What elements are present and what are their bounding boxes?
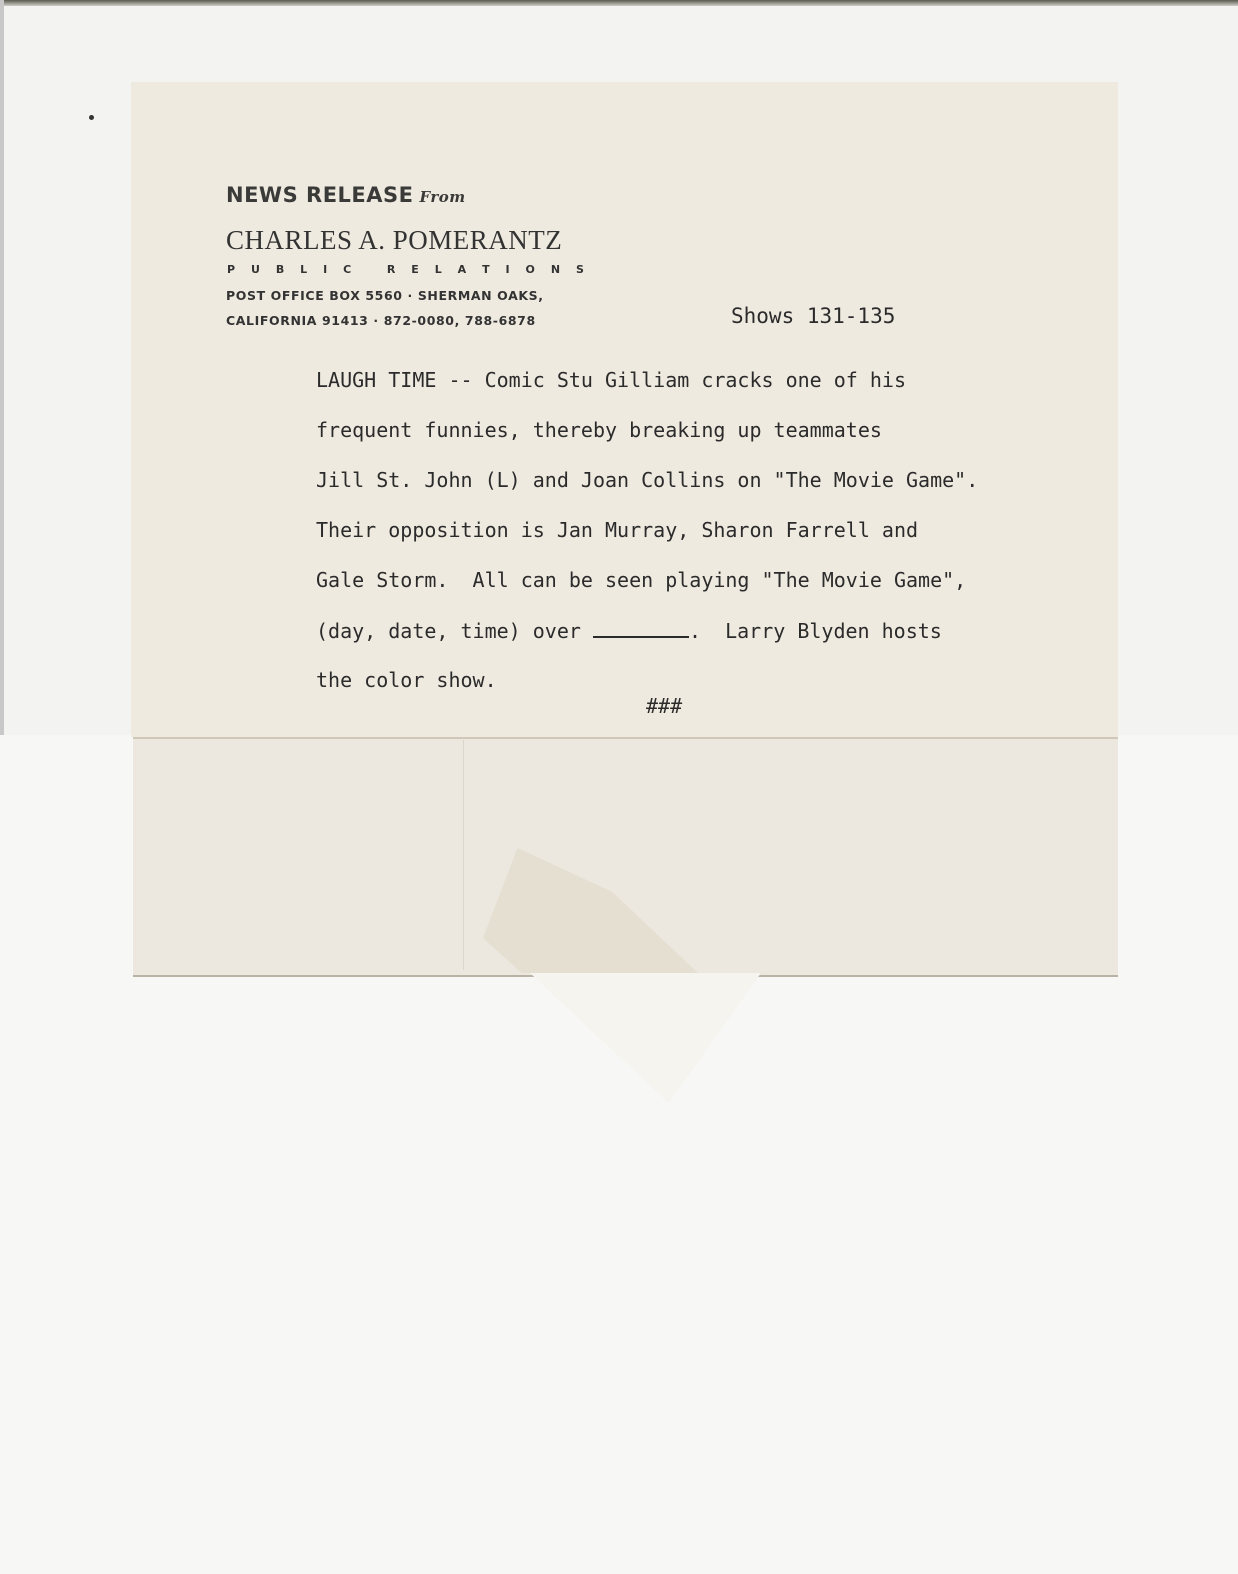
public-relations-label: PUBLIC RELATIONS	[227, 263, 584, 276]
body-line-3: Jill St. John (L) and Joan Collins on "T…	[316, 468, 978, 492]
public-relations-letter: E	[411, 263, 419, 276]
public-relations-letter: U	[251, 263, 260, 276]
agency-name: CHARLES A. POMERANTZ	[226, 225, 562, 256]
public-relations-letter: I	[323, 263, 327, 276]
body-line-5: Gale Storm. All can be seen playing "The…	[316, 568, 966, 592]
public-relations-letter: S	[576, 263, 584, 276]
body-line-7: the color show.	[316, 668, 497, 692]
scan-left-edge	[0, 0, 4, 740]
station-blank	[593, 618, 689, 638]
dust-speck	[89, 115, 94, 120]
public-relations-letter: I	[506, 263, 510, 276]
scan-top-edge	[0, 0, 1238, 6]
public-relations-letter	[367, 263, 371, 276]
from-label: From	[419, 188, 465, 206]
public-relations-letter: O	[526, 263, 535, 276]
shows-reference: Shows 131-135	[731, 304, 895, 328]
body-line-6-start: (day, date, time) over	[316, 619, 593, 643]
news-release-heading: NEWS RELEASEFrom	[226, 183, 466, 207]
body-line-6: (day, date, time) over . Larry Blyden ho…	[316, 618, 942, 643]
body-line-1: LAUGH TIME -- Comic Stu Gilliam cracks o…	[316, 368, 906, 392]
body-line-2: frequent funnies, thereby breaking up te…	[316, 418, 882, 442]
flap-crease	[463, 740, 464, 970]
public-relations-letter: T	[482, 263, 490, 276]
address-line-2: CALIFORNIA 91413 · 872-0080, 788-6878	[226, 313, 536, 328]
body-line-4: Their opposition is Jan Murray, Sharon F…	[316, 518, 918, 542]
public-relations-letter: N	[551, 263, 560, 276]
public-relations-letter: C	[343, 263, 351, 276]
end-mark: ###	[646, 694, 682, 718]
news-release-label: NEWS RELEASE	[226, 183, 413, 207]
public-relations-letter: L	[435, 263, 442, 276]
public-relations-letter: B	[276, 263, 284, 276]
public-relations-letter: R	[387, 263, 395, 276]
public-relations-letter: A	[458, 263, 467, 276]
public-relations-letter: L	[300, 263, 307, 276]
public-relations-letter: P	[227, 263, 235, 276]
body-line-6-end: . Larry Blyden hosts	[689, 619, 942, 643]
address-line-1: POST OFFICE BOX 5560 · SHERMAN OAKS,	[226, 288, 544, 303]
